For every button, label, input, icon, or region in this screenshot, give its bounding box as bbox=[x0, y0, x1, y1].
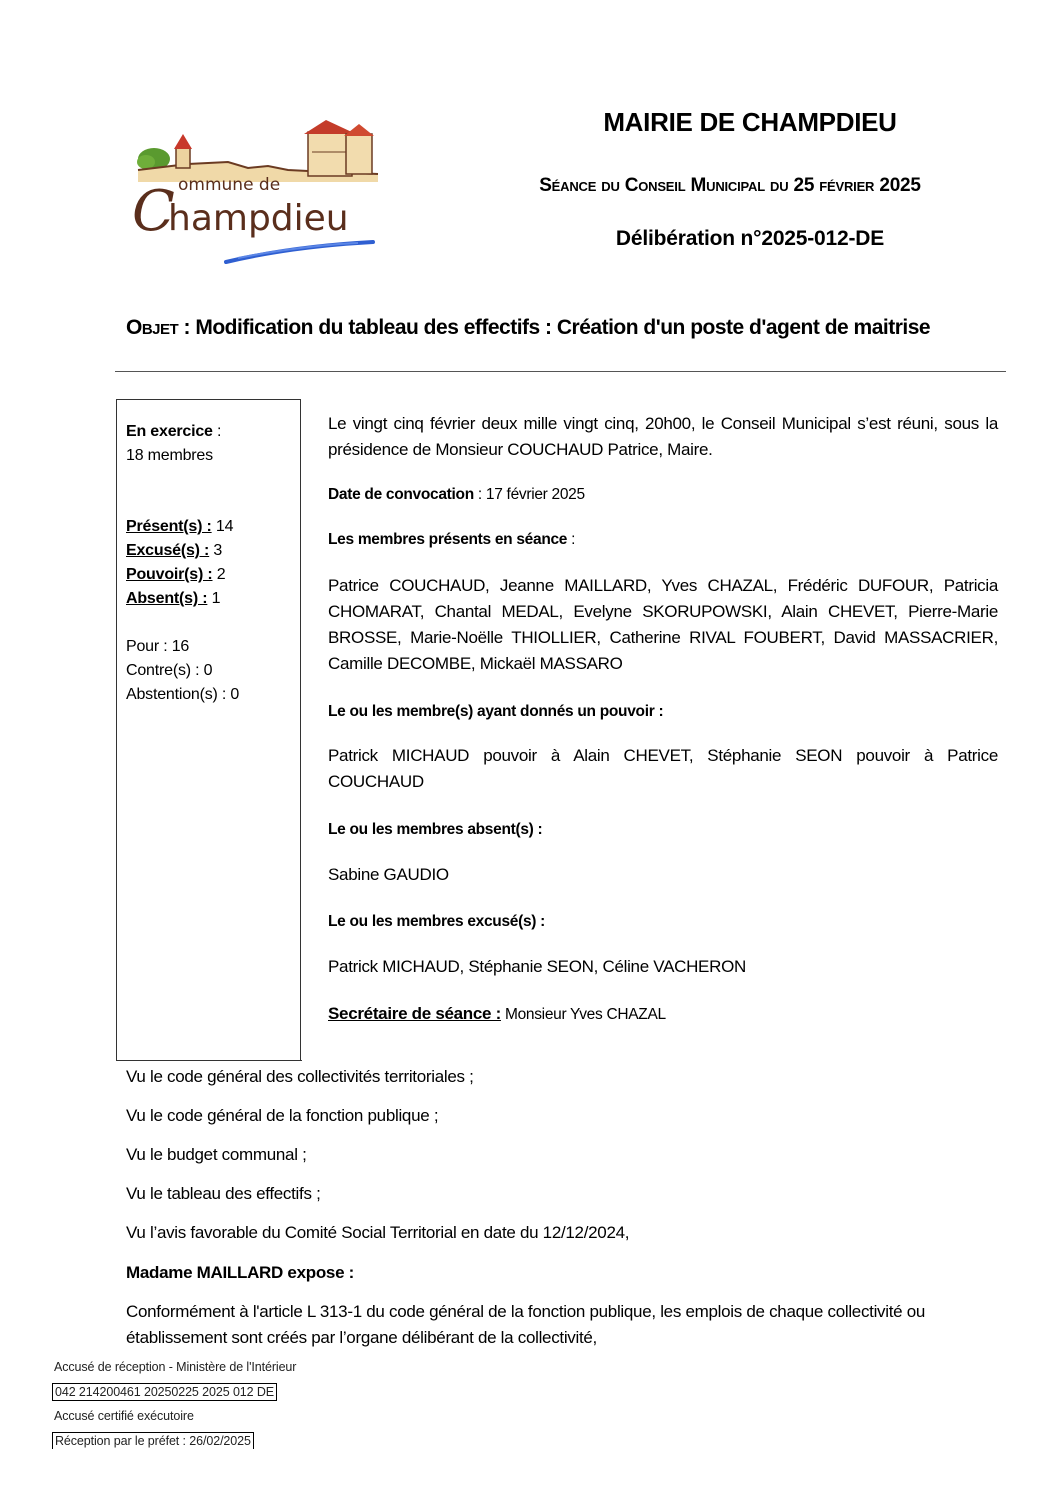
considerant: Vu le tableau des effectifs ; bbox=[126, 1181, 1006, 1207]
pouvoir-list: Patrick MICHAUD pouvoir à Alain CHEVET, … bbox=[328, 743, 998, 795]
expose-text: Conformément à l'article L 313-1 du code… bbox=[126, 1299, 1006, 1351]
session-intro: Le vingt cinq février deux mille vingt c… bbox=[328, 411, 998, 463]
objet-label: Objet bbox=[126, 316, 178, 339]
excuses-list: Patrick MICHAUD, Stéphanie SEON, Céline … bbox=[328, 954, 998, 980]
en-exercice-value: 18 membres bbox=[126, 444, 213, 468]
seance-title: Séance du Conseil Municipal du 25 févrie… bbox=[460, 175, 1000, 197]
mairie-title: MAIRIE DE CHAMPDIEU bbox=[460, 107, 1040, 138]
considerant: Vu le budget communal ; bbox=[126, 1142, 1006, 1168]
presents-count: Présent(s) : 14 bbox=[126, 515, 233, 539]
considerant: Vu l’avis favorable du Comité Social Ter… bbox=[126, 1220, 1006, 1246]
svg-text:ommune de: ommune de bbox=[178, 175, 280, 195]
commune-logo: ommune de C hampdieu bbox=[128, 112, 380, 267]
absents-heading: Le ou les membres absent(s) : bbox=[328, 817, 998, 843]
stamp-reception-prefet: Réception par le préfet : 26/02/2025 bbox=[52, 1432, 254, 1449]
secretaire-seance: Secrétaire de séance : Monsieur Yves CHA… bbox=[328, 1001, 998, 1028]
absents-count: Absent(s) : 1 bbox=[126, 587, 220, 611]
presents-list: Patrice COUCHAUD, Jeanne MAILLARD, Yves … bbox=[328, 573, 998, 677]
vote-contre: Contre(s) : 0 bbox=[126, 659, 212, 683]
village-illustration-icon: ommune de C hampdieu bbox=[128, 112, 380, 267]
absents-list: Sabine GAUDIO bbox=[328, 862, 998, 888]
pouvoir-heading: Le ou les membre(s) ayant donnés un pouv… bbox=[328, 699, 998, 725]
pouvoirs-count: Pouvoir(s) : 2 bbox=[126, 563, 225, 587]
convocation-date: Date de convocation : 17 février 2025 bbox=[328, 482, 998, 508]
vote-pour: Pour : 16 bbox=[126, 635, 189, 659]
en-exercice: En exercice : bbox=[126, 420, 221, 444]
vote-tally-box-bottom bbox=[116, 1060, 302, 1061]
svg-text:hampdieu: hampdieu bbox=[168, 198, 349, 239]
considerant: Vu le code général des collectivités ter… bbox=[126, 1064, 1006, 1090]
vote-tally-box bbox=[116, 399, 301, 1060]
stamp-accuse-reception: Accusé de réception - Ministère de l'Int… bbox=[54, 1360, 296, 1374]
objet-text: : Modification du tableau des effectifs … bbox=[178, 316, 930, 339]
presents-heading: Les membres présents en séance : bbox=[328, 527, 998, 553]
objet-heading: Objet : Modification du tableau des effe… bbox=[126, 313, 986, 342]
vote-abstention: Abstention(s) : 0 bbox=[126, 683, 239, 707]
stamp-reference: 042 214200461 20250225 2025 012 DE bbox=[52, 1383, 277, 1401]
excuses-heading: Le ou les membres excusé(s) : bbox=[328, 909, 998, 935]
deliberation-number: Délibération n°2025-012-DE bbox=[460, 227, 1040, 251]
excuses-count: Excusé(s) : 3 bbox=[126, 539, 222, 563]
objet-divider bbox=[115, 371, 1006, 372]
stamp-executoire: Accusé certifié exécutoire bbox=[54, 1409, 194, 1423]
expose-heading: Madame MAILLARD expose : bbox=[126, 1260, 1006, 1286]
considerant: Vu le code général de la fonction publiq… bbox=[126, 1103, 1006, 1129]
